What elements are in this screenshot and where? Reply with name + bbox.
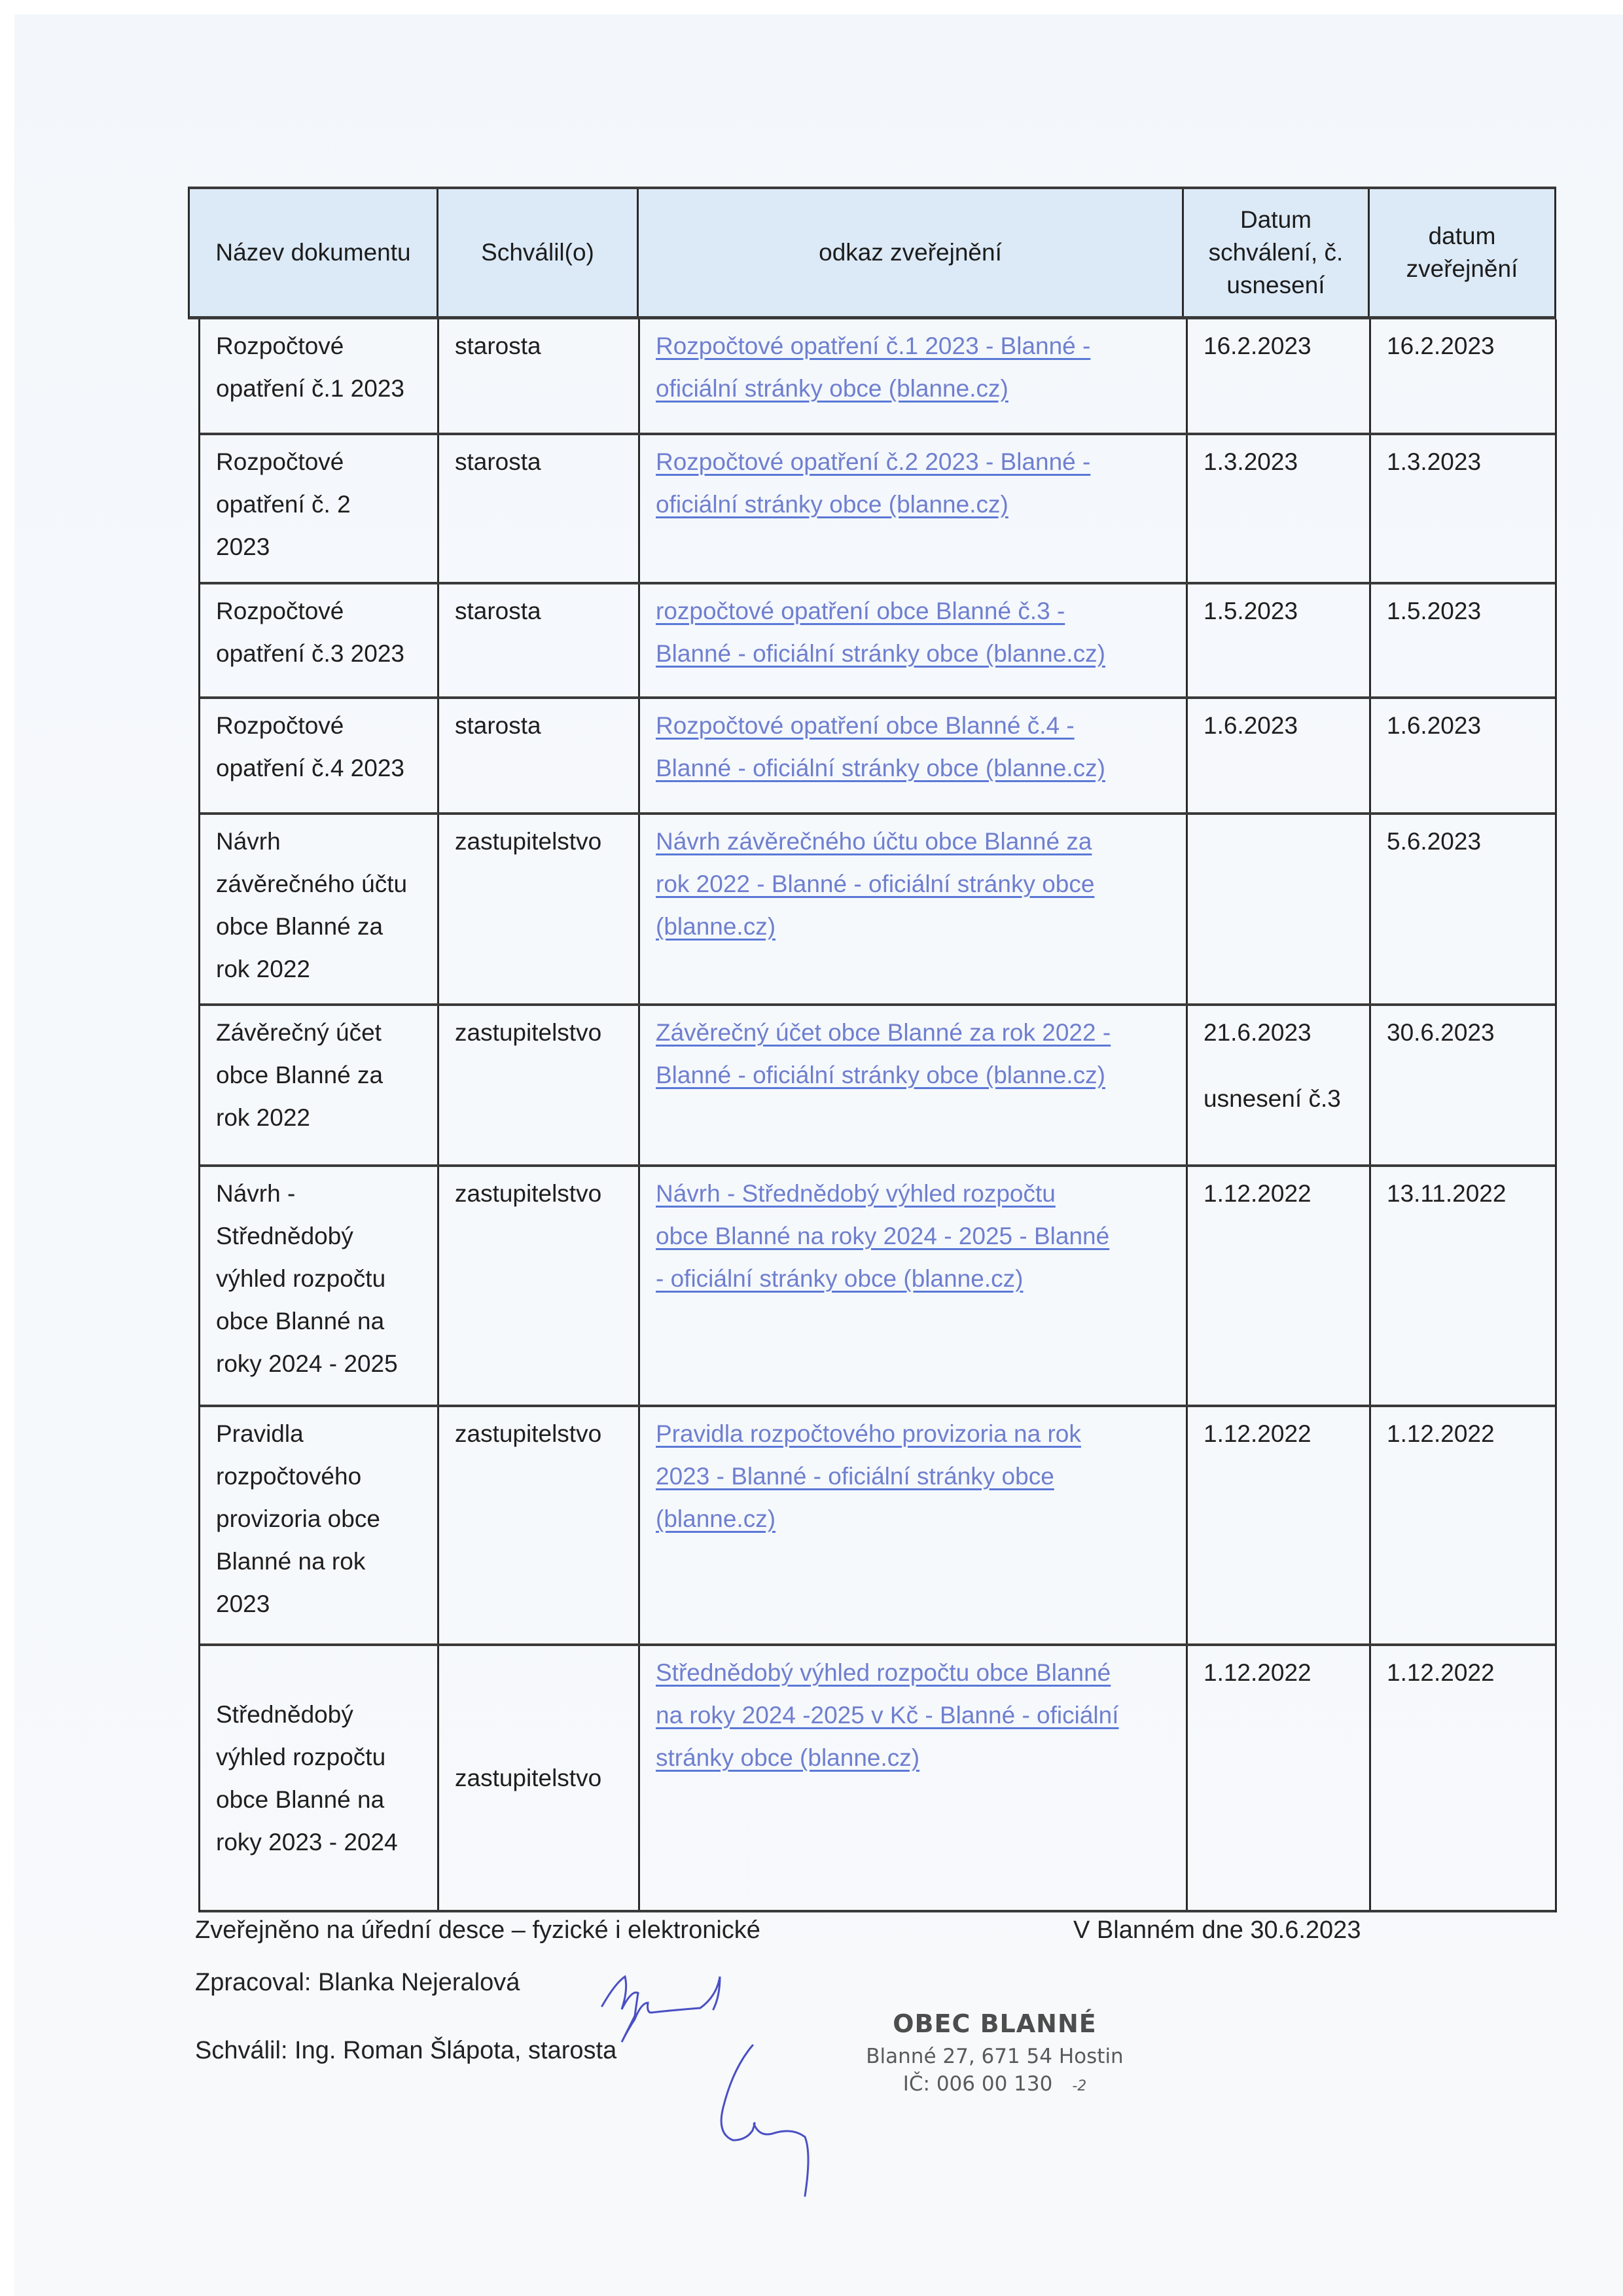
- cell-publish-date: 1.12.2022: [1371, 1407, 1557, 1643]
- stamp-name: OBEC BLANNÉ: [844, 2009, 1145, 2038]
- cell-approved-by-text: starosta: [455, 712, 541, 739]
- cell-approved-by-text: starosta: [455, 332, 541, 359]
- stamp-mark: -2: [1072, 2078, 1086, 2094]
- cell-approved-by: starosta: [439, 584, 640, 696]
- cell-publish-date-text: 16.2.2023: [1387, 332, 1495, 359]
- cell-document-name-text: Střednědobý výhled rozpočtu obce Blanné …: [216, 1693, 398, 1863]
- publication-link[interactable]: Návrh - Střednědobý výhled rozpočtu obce…: [656, 1180, 1109, 1292]
- cell-approval-date: 1.5.2023: [1188, 584, 1371, 696]
- cell-publish-date-text: 30.6.2023: [1387, 1019, 1495, 1046]
- publication-link[interactable]: Závěrečný účet obce Blanné za rok 2022 -…: [656, 1019, 1111, 1088]
- publication-note: Zveřejněno na úřední desce – fyzické i e…: [195, 1916, 760, 1945]
- municipality-stamp: OBEC BLANNÉ Blanné 27, 671 54 Hostin IČ:…: [844, 2009, 1145, 2096]
- cell-document-name-text: Pravidla rozpočtového provizoria obce Bl…: [216, 1420, 380, 1617]
- table-row: Rozpočtové opatření č.4 2023starostaRozp…: [200, 699, 1555, 815]
- publication-link[interactable]: rozpočtové opatření obce Blanné č.3 - Bl…: [656, 598, 1105, 667]
- publication-link[interactable]: Rozpočtové opatření č.2 2023 - Blanné - …: [656, 448, 1090, 518]
- publication-link[interactable]: Střednědobý výhled rozpočtu obce Blanné …: [656, 1659, 1119, 1771]
- cell-approval-date: 1.12.2022: [1188, 1167, 1371, 1405]
- publication-link[interactable]: Rozpočtové opatření obce Blanné č.4 - Bl…: [656, 712, 1105, 781]
- table-row: Návrh - Střednědobý výhled rozpočtu obce…: [200, 1167, 1555, 1407]
- cell-approval-date-text: 1.3.2023: [1204, 448, 1298, 475]
- header-publish-date: datum zveřejnění: [1370, 189, 1554, 316]
- approved-by: Schválil: Ing. Roman Šlápota, starosta: [195, 2037, 616, 2065]
- cell-approval-date: 1.12.2022: [1188, 1407, 1371, 1643]
- stamp-ico: IČ: 006 00 130-2: [844, 2072, 1145, 2096]
- cell-approval-date: [1188, 815, 1371, 1003]
- cell-approval-date: 1.6.2023: [1188, 699, 1371, 812]
- cell-publish-date: 1.5.2023: [1371, 584, 1557, 696]
- cell-approved-by: zastupitelstvo: [439, 815, 640, 1003]
- cell-publish-date-text: 1.12.2022: [1387, 1420, 1495, 1447]
- cell-approved-by: starosta: [439, 699, 640, 812]
- cell-publication-link: Závěrečný účet obce Blanné za rok 2022 -…: [640, 1006, 1188, 1164]
- cell-document-name-text: Rozpočtové opatření č.4 2023: [216, 712, 404, 781]
- cell-publish-date-text: 1.3.2023: [1387, 448, 1481, 475]
- cell-publication-link: Návrh závěrečného účtu obce Blanné za ro…: [640, 815, 1188, 1003]
- prepared-by: Zpracoval: Blanka Nejeralová: [195, 1969, 520, 1997]
- cell-document-name-text: Rozpočtové opatření č. 2 2023: [216, 448, 351, 560]
- cell-approved-by-text: starosta: [455, 448, 541, 475]
- cell-document-name: Závěrečný účet obce Blanné za rok 2022: [200, 1006, 439, 1164]
- cell-approved-by-text: zastupitelstvo: [455, 1180, 601, 1207]
- cell-approved-by: starosta: [439, 435, 640, 582]
- cell-publication-link: Pravidla rozpočtového provizoria na rok …: [640, 1407, 1188, 1643]
- cell-publication-link: Rozpočtové opatření č.1 2023 - Blanné - …: [640, 319, 1188, 433]
- cell-document-name: Rozpočtové opatření č. 2 2023: [200, 435, 439, 582]
- cell-publish-date: 1.12.2022: [1371, 1646, 1557, 1910]
- table-row: Návrh závěrečného účtu obce Blanné za ro…: [200, 815, 1555, 1006]
- cell-publish-date: 13.11.2022: [1371, 1167, 1557, 1405]
- cell-publish-date-text: 1.12.2022: [1387, 1659, 1495, 1686]
- header-document-name: Název dokumentu: [190, 189, 438, 316]
- cell-approval-date-text: 21.6.2023: [1204, 1019, 1311, 1046]
- cell-approved-by: zastupitelstvo: [439, 1006, 640, 1164]
- table-row: Rozpočtové opatření č. 2 2023starostaRoz…: [200, 435, 1555, 584]
- cell-document-name-text: Rozpočtové opatření č.3 2023: [216, 598, 404, 667]
- header-publication-link: odkaz zveřejnění: [639, 189, 1184, 316]
- cell-publish-date-text: 1.6.2023: [1387, 712, 1481, 739]
- cell-document-name: Rozpočtové opatření č.3 2023: [200, 584, 439, 696]
- signature-mayor-icon: [707, 2036, 838, 2206]
- cell-publication-link: Rozpočtové opatření obce Blanné č.4 - Bl…: [640, 699, 1188, 812]
- stamp-address: Blanné 27, 671 54 Hostin: [844, 2045, 1145, 2068]
- cell-publish-date: 1.3.2023: [1371, 435, 1557, 582]
- resolution-number: usnesení č.3: [1204, 1077, 1369, 1120]
- cell-publication-link: rozpočtové opatření obce Blanné č.3 - Bl…: [640, 584, 1188, 696]
- cell-approval-date-text: 1.12.2022: [1204, 1659, 1311, 1686]
- publication-link[interactable]: Pravidla rozpočtového provizoria na rok …: [656, 1420, 1081, 1532]
- cell-publish-date: 5.6.2023: [1371, 815, 1557, 1003]
- cell-document-name: Střednědobý výhled rozpočtu obce Blanné …: [200, 1646, 439, 1910]
- table-row: Pravidla rozpočtového provizoria obce Bl…: [200, 1407, 1555, 1646]
- cell-document-name: Rozpočtové opatření č.1 2023: [200, 319, 439, 433]
- cell-document-name-text: Návrh závěrečného účtu obce Blanné za ro…: [216, 828, 407, 982]
- cell-approval-date: 1.3.2023: [1188, 435, 1371, 582]
- stamp-ico-value: IČ: 006 00 130: [903, 2072, 1053, 2096]
- cell-approval-date: 1.12.2022: [1188, 1646, 1371, 1910]
- cell-publish-date-text: 1.5.2023: [1387, 598, 1481, 624]
- cell-approved-by-text: zastupitelstvo: [455, 1420, 601, 1447]
- cell-document-name: Pravidla rozpočtového provizoria obce Bl…: [200, 1407, 439, 1643]
- cell-approval-date: 16.2.2023: [1188, 319, 1371, 433]
- cell-publication-link: Rozpočtové opatření č.2 2023 - Blanné - …: [640, 435, 1188, 582]
- cell-approval-date-text: 16.2.2023: [1204, 332, 1311, 359]
- publication-link[interactable]: Rozpočtové opatření č.1 2023 - Blanné - …: [656, 332, 1090, 402]
- cell-publish-date: 16.2.2023: [1371, 319, 1557, 433]
- cell-approval-date-text: 1.5.2023: [1204, 598, 1298, 624]
- cell-approval-date: 21.6.2023usnesení č.3: [1188, 1006, 1371, 1164]
- table-row: Rozpočtové opatření č.3 2023starostarozp…: [200, 584, 1555, 699]
- cell-approval-date-text: 1.12.2022: [1204, 1180, 1311, 1207]
- header-approved-by: Schválil(o): [438, 189, 639, 316]
- cell-approved-by-text: zastupitelstvo: [455, 828, 601, 855]
- cell-document-name: Rozpočtové opatření č.4 2023: [200, 699, 439, 812]
- cell-approved-by-text: zastupitelstvo: [455, 1757, 601, 1799]
- cell-publish-date: 30.6.2023: [1371, 1006, 1557, 1164]
- cell-publish-date-text: 13.11.2022: [1387, 1180, 1506, 1207]
- cell-document-name-text: Návrh - Střednědobý výhled rozpočtu obce…: [216, 1180, 398, 1377]
- cell-approval-date-text: 1.6.2023: [1204, 712, 1298, 739]
- cell-document-name-text: Rozpočtové opatření č.1 2023: [216, 332, 404, 402]
- cell-approved-by: starosta: [439, 319, 640, 433]
- cell-publication-link: Střednědobý výhled rozpočtu obce Blanné …: [640, 1646, 1188, 1910]
- publication-link[interactable]: Návrh závěrečného účtu obce Blanné za ro…: [656, 828, 1094, 940]
- place-and-date: V Blanném dne 30.6.2023: [1073, 1916, 1361, 1945]
- cell-approved-by: zastupitelstvo: [439, 1407, 640, 1643]
- cell-approved-by-text: zastupitelstvo: [455, 1019, 601, 1046]
- cell-document-name-text: Závěrečný účet obce Blanné za rok 2022: [216, 1019, 383, 1131]
- table-row: Střednědobý výhled rozpočtu obce Blanné …: [200, 1646, 1555, 1912]
- table-header: Název dokumentu Schválil(o) odkaz zveřej…: [188, 187, 1556, 319]
- table-row: Rozpočtové opatření č.1 2023starostaRozp…: [200, 319, 1555, 435]
- cell-publication-link: Návrh - Střednědobý výhled rozpočtu obce…: [640, 1167, 1188, 1405]
- cell-approved-by-text: starosta: [455, 598, 541, 624]
- header-approval-date: Datum schválení, č. usnesení: [1184, 189, 1370, 316]
- cell-approved-by: zastupitelstvo: [439, 1167, 640, 1405]
- cell-approval-date-text: 1.12.2022: [1204, 1420, 1311, 1447]
- cell-approved-by: zastupitelstvo: [439, 1646, 640, 1910]
- table-row: Závěrečný účet obce Blanné za rok 2022za…: [200, 1006, 1555, 1167]
- cell-publish-date-text: 5.6.2023: [1387, 828, 1481, 855]
- cell-document-name: Návrh závěrečného účtu obce Blanné za ro…: [200, 815, 439, 1003]
- table-body: Rozpočtové opatření č.1 2023starostaRozp…: [198, 319, 1557, 1912]
- cell-publish-date: 1.6.2023: [1371, 699, 1557, 812]
- cell-document-name: Návrh - Střednědobý výhled rozpočtu obce…: [200, 1167, 439, 1405]
